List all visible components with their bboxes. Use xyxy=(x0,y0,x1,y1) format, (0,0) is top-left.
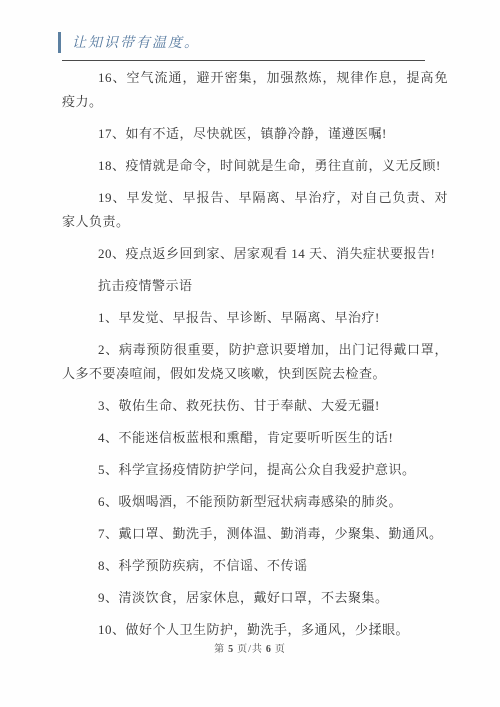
footer-suffix: 页 xyxy=(275,644,286,655)
footer-middle: 页/共 xyxy=(237,644,263,655)
header-accent-bar xyxy=(58,32,61,53)
list-item-2: 2、病毒预防很重要，防护意识要增加，出门记得戴口罩，人多不要凑喧闹，假如发烧又咳… xyxy=(62,338,448,386)
page-header: 让知识带有温度。 xyxy=(58,31,200,53)
list-item-9: 9、清淡饮食，居家休息，戴好口罩，不去聚集。 xyxy=(62,586,448,610)
list-item-3: 3、敬佑生命、救死扶伤、甘于奉献、大爱无疆! xyxy=(62,394,448,418)
list-item-8: 8、科学预防疾病，不信谣、不传谣 xyxy=(62,554,448,578)
list-item-4: 4、不能迷信板蓝根和熏醋，肯定要听听医生的话! xyxy=(62,426,448,450)
list-item-16: 16、空气流通，避开密集，加强熬炼，规律作息，提高免疫力。 xyxy=(62,66,448,114)
footer-current-page: 5 xyxy=(228,644,234,655)
list-item-5: 5、科学宣扬疫情防护学问，提高公众自我爱护意识。 xyxy=(62,458,448,482)
list-item-17: 17、如有不适，尽快就医，镇静冷静，谨遵医嘱! xyxy=(62,122,448,146)
list-item-18: 18、疫情就是命令，时间就是生命，勇往直前，义无反顾! xyxy=(62,154,448,178)
list-item-1: 1、早发觉、早报告、早诊断、早隔离、早治疗! xyxy=(62,306,448,330)
list-item-20: 20、疫点返乡回到家、居家观看 14 天、消失症状要报告! xyxy=(62,242,448,266)
list-item-10: 10、做好个人卫生防护，勤洗手，多通风，少揉眼。 xyxy=(62,618,448,642)
page-footer: 第5页/共6页 xyxy=(0,640,500,655)
section-title: 抗击疫情警示语 xyxy=(62,274,448,298)
list-item-19: 19、早发觉、早报告、早隔离、早治疗，对自己负责、对家人负责。 xyxy=(62,186,448,234)
document-body: 16、空气流通，避开密集，加强熬炼，规律作息，提高免疫力。 17、如有不适，尽快… xyxy=(62,66,448,650)
footer-total-pages: 6 xyxy=(266,644,272,655)
header-slogan: 让知识带有温度。 xyxy=(72,32,200,52)
list-item-7: 7、戴口罩、勤洗手，测体温、勤消毒，少聚集、勤通风。 xyxy=(62,522,448,546)
list-item-6: 6、吸烟喝酒，不能预防新型冠状病毒感染的肺炎。 xyxy=(62,490,448,514)
header-divider xyxy=(62,60,425,61)
footer-prefix: 第 xyxy=(214,644,225,655)
document-page: 让知识带有温度。 16、空气流通，避开密集，加强熬炼，规律作息，提高免疫力。 1… xyxy=(0,0,500,707)
